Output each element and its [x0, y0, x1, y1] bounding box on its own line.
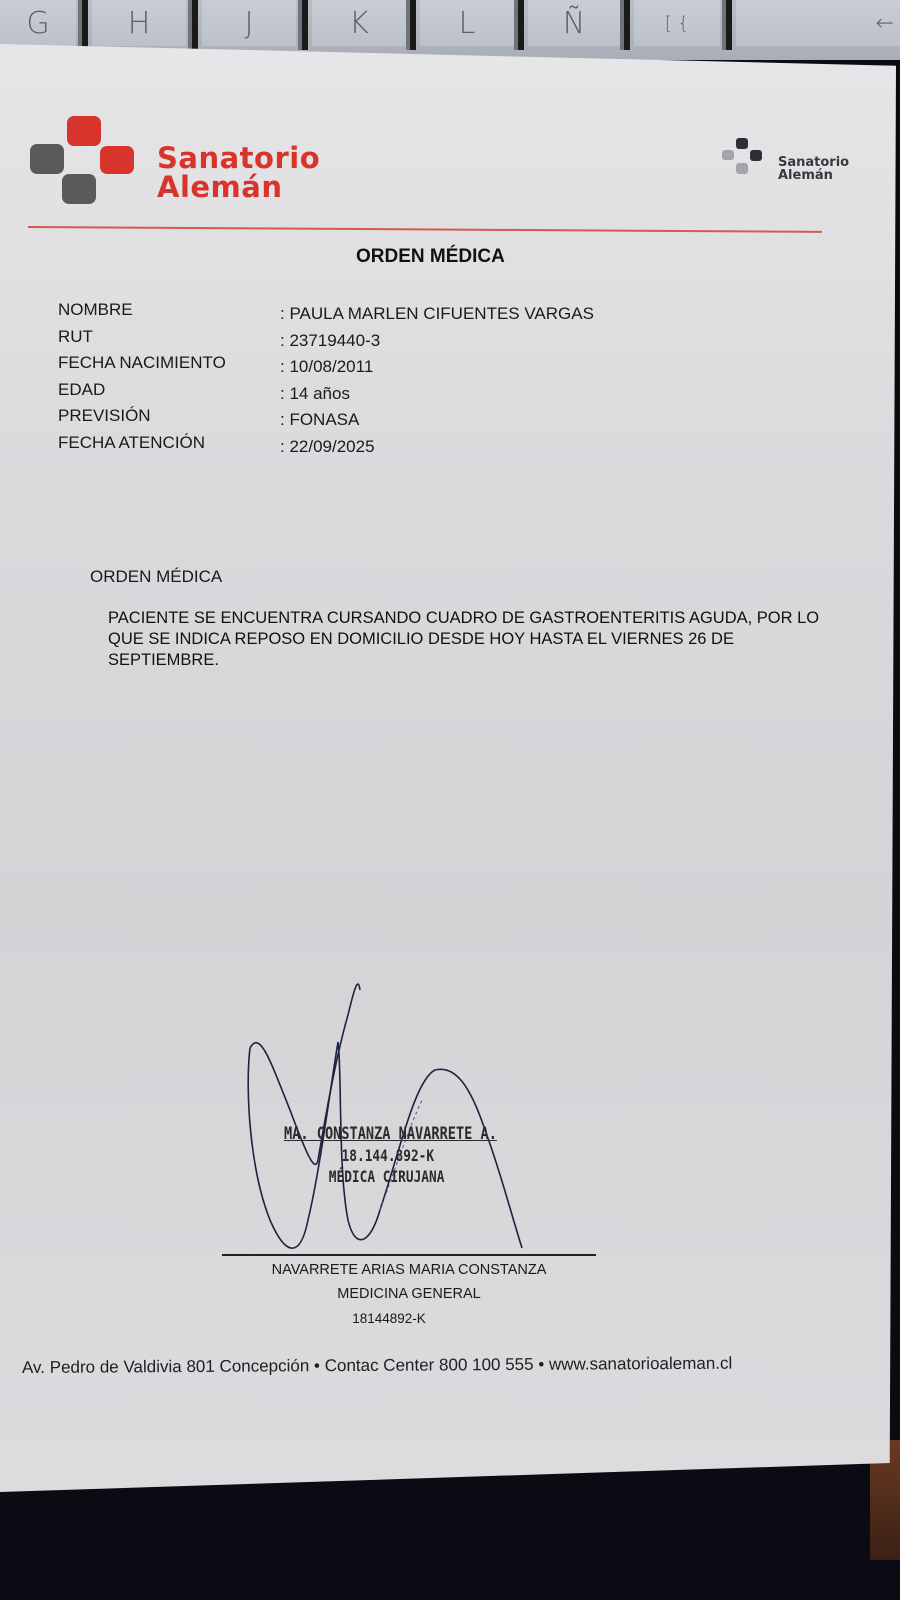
field-value: : 23719440-3 [280, 331, 380, 351]
field-label: RUT [58, 327, 93, 347]
small-logo-square [722, 150, 734, 160]
key-divider [722, 0, 732, 50]
field-label: PREVISIÓN [58, 406, 151, 426]
signature-line [222, 1254, 596, 1256]
field-value: : PAULA MARLEN CIFUENTES VARGAS [280, 304, 594, 324]
stamp-rut: 18.144.892-K [342, 1146, 497, 1165]
logo-square-red-right [100, 146, 134, 174]
key-enter-arrow-icon: ← [736, 0, 900, 46]
doctor-specialty: MEDICINA GENERAL [222, 1286, 596, 1302]
field-value: : 14 años [280, 384, 350, 404]
field-label: FECHA ATENCIÓN [58, 433, 205, 453]
key-enye: Ñ [528, 0, 620, 46]
key-divider [620, 0, 630, 50]
field-value: : FONASA [280, 410, 359, 430]
key-bracket: [ { [634, 0, 720, 46]
stamp-name: MA. CONSTANZA NAVARRETE A. [284, 1124, 497, 1144]
key-divider [298, 0, 308, 50]
logo-square-red-top [67, 116, 101, 146]
field-value: : 10/08/2011 [280, 357, 373, 377]
order-body: PACIENTE SE ENCUENTRA CURSANDO CUADRO DE… [108, 608, 848, 671]
logo-line-1: Sanatorio [157, 144, 320, 173]
key-g: G [0, 0, 76, 46]
logo-square-gray-bottom [62, 174, 96, 204]
handwritten-signature [230, 970, 610, 1270]
doctor-rut: 18144892-K [222, 1311, 556, 1326]
key-h: H [92, 0, 186, 46]
logo-square-gray-left [30, 144, 64, 174]
stamp-title: MÉDICA CIRUJANA [329, 1167, 497, 1186]
key-divider [78, 0, 88, 50]
field-label: EDAD [58, 380, 105, 400]
doctor-stamp: MA. CONSTANZA NAVARRETE A. 18.144.892-K … [284, 1124, 497, 1186]
key-j: J [202, 0, 296, 46]
logo-wordmark: Sanatorio Alemán [157, 144, 320, 202]
logo-line-2: Alemán [157, 173, 320, 202]
document-title: ORDEN MÉDICA [356, 246, 505, 268]
key-l: L [420, 0, 514, 46]
field-label: FECHA NACIMIENTO [58, 353, 226, 373]
doctor-name: NAVARRETE ARIAS MARIA CONSTANZA [222, 1262, 596, 1278]
field-value: : 22/09/2025 [280, 437, 375, 457]
field-label: NOMBRE [58, 300, 133, 320]
small-logo-line-2: Alemán [778, 169, 849, 182]
key-divider [514, 0, 524, 50]
small-logo-square [736, 163, 748, 174]
small-logo-wordmark: Sanatorio Alemán [778, 156, 849, 182]
key-k: K [312, 0, 406, 46]
small-logo-square [736, 138, 748, 149]
key-divider [188, 0, 198, 50]
key-divider [406, 0, 416, 50]
order-section-heading: ORDEN MÉDICA [90, 567, 222, 587]
small-logo-square [750, 150, 762, 161]
